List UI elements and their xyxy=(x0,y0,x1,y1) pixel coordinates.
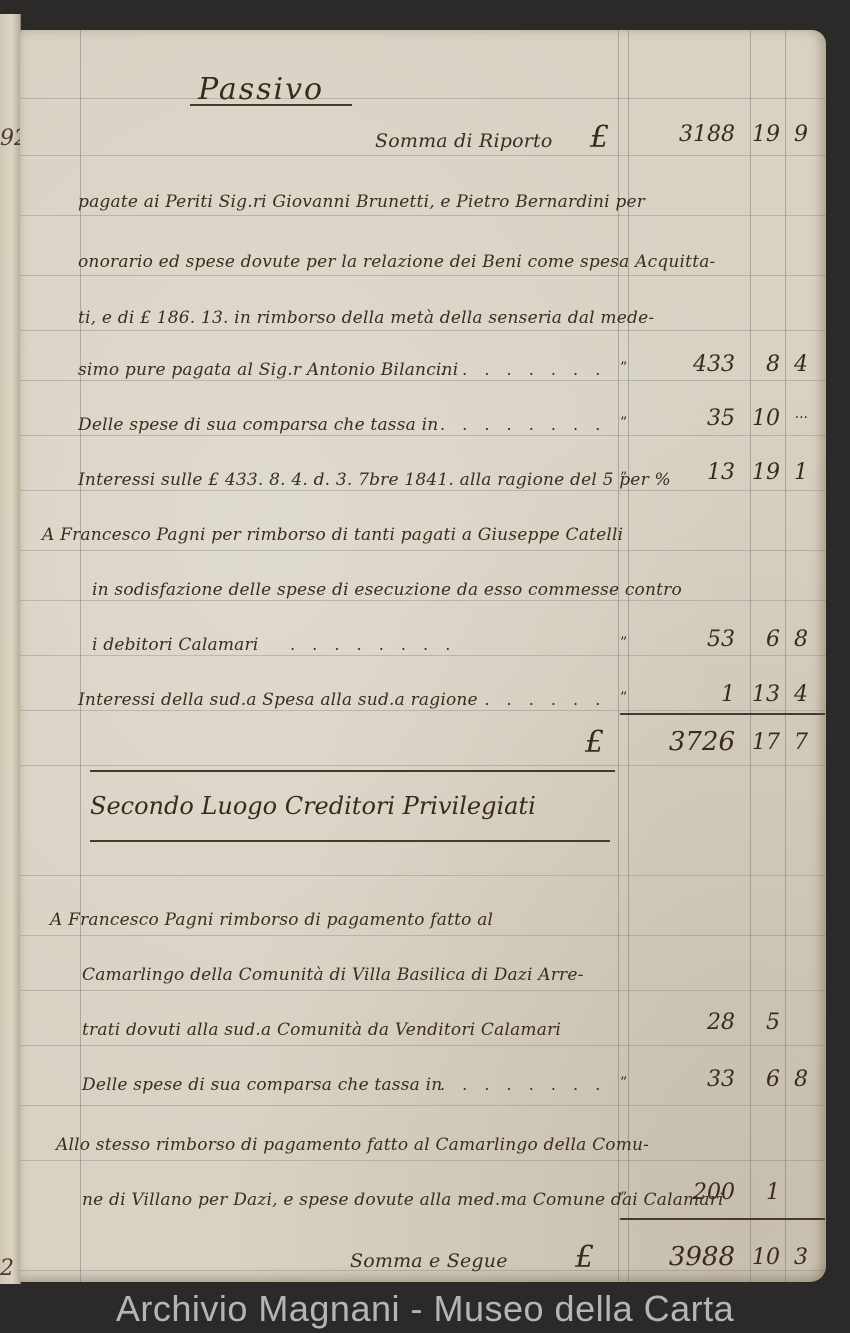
entry-text-line: onorario ed spese dovute per la relazion… xyxy=(78,252,716,272)
entry-lire: 1 xyxy=(650,682,735,707)
carried-lire: 3188 xyxy=(650,122,735,147)
archive-watermark: Archivio Magnani - Museo della Carta xyxy=(0,1288,850,1330)
ruling-line xyxy=(20,765,826,766)
ledger-page: Passivo Somma di Riporto £ 3188 19 9 pag… xyxy=(20,30,826,1282)
entry-soldi: 10 xyxy=(750,406,780,431)
title-underline xyxy=(190,104,352,106)
entry-soldi: 8 xyxy=(750,352,780,377)
ruling-line xyxy=(20,490,826,491)
carried-soldi: 19 xyxy=(750,122,780,147)
leader-dots: . . . . . . . . xyxy=(440,360,606,379)
leader-dots: . . . . . . . . xyxy=(440,1075,606,1094)
ruling-line xyxy=(20,1045,826,1046)
ditto-mark: ” xyxy=(620,1075,627,1091)
column-rule xyxy=(618,30,619,1282)
entry-text-line: Delle spese di sua comparsa che tassa in xyxy=(82,1075,442,1095)
ruling-line xyxy=(20,655,826,656)
entry-text-line: i debitori Calamari xyxy=(92,635,258,655)
entry-lire: 433 xyxy=(650,352,735,377)
section-rule-top xyxy=(90,770,615,772)
entry-lire: 200 xyxy=(650,1180,735,1205)
ruling-line xyxy=(20,330,826,331)
entry-text-line: Allo stesso rimborso di pagamento fatto … xyxy=(56,1135,649,1155)
ruling-line xyxy=(20,155,826,156)
section-heading: Secondo Luogo Creditori Privilegiati xyxy=(90,792,536,820)
entry-soldi: 5 xyxy=(750,1010,780,1035)
carried-forward-label: Somma di Riporto xyxy=(375,130,552,152)
entry-text-line: Interessi sulle £ 433. 8. 4. d. 3. 7bre … xyxy=(78,470,671,490)
entry-text-line: Camarlingo della Comunità di Villa Basil… xyxy=(82,965,584,985)
entry-text-line: Delle spese di sua comparsa che tassa in xyxy=(78,415,438,435)
ruling-line xyxy=(20,990,826,991)
total-rule xyxy=(620,1218,825,1220)
ruling-line xyxy=(20,935,826,936)
ruling-line xyxy=(20,98,826,99)
entry-soldi: 19 xyxy=(750,460,780,485)
subtotal-soldi: 17 xyxy=(750,730,780,755)
ruling-line xyxy=(20,710,826,711)
ditto-mark: ” xyxy=(620,415,627,431)
leader-dots: . . . . . . . . xyxy=(290,635,456,654)
entry-text-line: simo pure pagata al Sig.r Antonio Bilanc… xyxy=(78,360,458,380)
leader-dots: . . . . . . . . xyxy=(440,690,606,709)
entry-text-line: trati dovuti alla sud.a Comunità da Vend… xyxy=(82,1020,561,1040)
ruling-line xyxy=(20,380,826,381)
lire-sign-icon: £ xyxy=(585,725,604,760)
subtotal-denari: 7 xyxy=(788,730,808,755)
entry-lire: 35 xyxy=(650,406,735,431)
ruling-line xyxy=(20,275,826,276)
lire-sign-icon: £ xyxy=(575,1240,594,1275)
total-soldi: 10 xyxy=(750,1245,780,1270)
entry-text-line: A Francesco Pagni rimborso di pagamento … xyxy=(50,910,493,930)
page-title: Passivo xyxy=(198,72,324,107)
entry-text-line: Interessi della sud.a Spesa alla sud.a r… xyxy=(78,690,478,710)
leader-dots: . . . . . . . . xyxy=(440,415,606,434)
entry-denari: ... xyxy=(788,406,808,422)
column-rule xyxy=(750,30,751,1282)
carried-denari: 9 xyxy=(788,122,808,147)
subtotal-lire: 3726 xyxy=(640,727,735,757)
entry-text-line: in sodisfazione delle spese di esecuzion… xyxy=(92,580,682,600)
entry-text-line: pagate ai Periti Sig.ri Giovanni Brunett… xyxy=(78,192,645,212)
entry-denari: 1 xyxy=(788,460,808,485)
ditto-mark: ” xyxy=(620,1190,627,1206)
entry-denari: 8 xyxy=(788,627,808,652)
ruling-line xyxy=(20,215,826,216)
entry-text-line: A Francesco Pagni per rimborso di tanti … xyxy=(42,525,623,545)
ruling-line xyxy=(20,1105,826,1106)
entry-soldi: 13 xyxy=(750,682,780,707)
ruling-line xyxy=(20,435,826,436)
entry-text-line: ti, e di £ 186. 13. in rimborso della me… xyxy=(78,308,654,328)
ruling-line xyxy=(20,550,826,551)
folio-number-bottom: 2 xyxy=(0,1256,14,1281)
ditto-mark: ” xyxy=(620,635,627,651)
subtotal-rule xyxy=(620,713,825,715)
ditto-mark: ” xyxy=(620,360,627,376)
column-rule xyxy=(785,30,786,1282)
entry-denari: 8 xyxy=(788,1067,808,1092)
entry-lire: 33 xyxy=(650,1067,735,1092)
section-rule-bottom xyxy=(90,840,610,842)
entry-denari: 4 xyxy=(788,682,808,707)
carried-over-label: Somma e Segue xyxy=(350,1250,508,1272)
entry-lire: 53 xyxy=(650,627,735,652)
total-lire: 3988 xyxy=(640,1242,735,1272)
ditto-mark: ” xyxy=(620,690,627,706)
entry-denari: 4 xyxy=(788,352,808,377)
ditto-mark: ” xyxy=(620,470,627,486)
entry-lire: 13 xyxy=(650,460,735,485)
entry-lire: 28 xyxy=(650,1010,735,1035)
lire-sign-icon: £ xyxy=(590,120,609,155)
ruling-line xyxy=(20,1160,826,1161)
column-rule xyxy=(628,30,629,1282)
ruling-line xyxy=(20,875,826,876)
entry-text-line: ne di Villano per Dazi, e spese dovute a… xyxy=(82,1190,724,1210)
total-denari: 3 xyxy=(788,1245,808,1270)
entry-soldi: 6 xyxy=(750,627,780,652)
margin-rule xyxy=(80,30,81,1282)
entry-soldi: 1 xyxy=(750,1180,780,1205)
ruling-line xyxy=(20,600,826,601)
adjacent-left-page: 92 2 xyxy=(0,14,21,1284)
entry-soldi: 6 xyxy=(750,1067,780,1092)
